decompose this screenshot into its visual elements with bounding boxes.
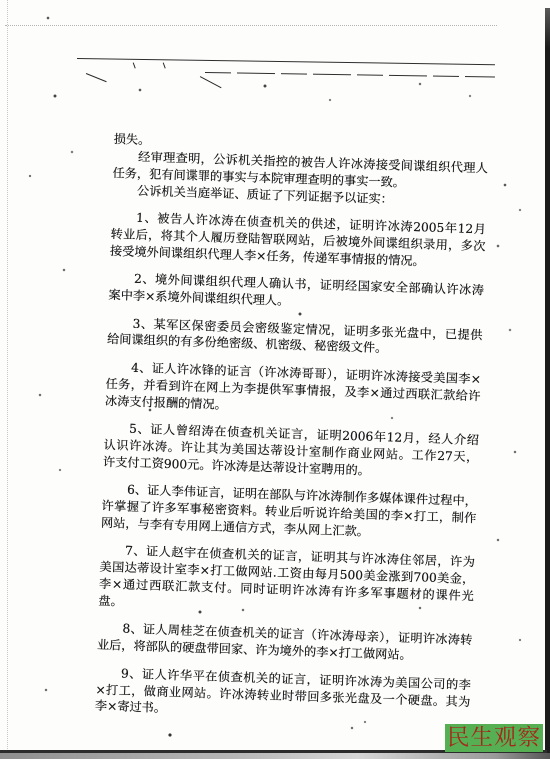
watermark-logo: 民生观察 (445, 724, 543, 752)
scanned-page: 损失。 经审理查明，公诉机关指控的被告人许冰涛接受间谍组织代理人 任务，犯有间谍… (0, 0, 550, 759)
scan-left-edge (7, 0, 8, 759)
evidence-item-8: 8、证人周桂芝在侦查机关的证言（许冰涛母亲），证明许冰涛转 业后，将部队的硬盘带… (97, 620, 473, 666)
evidence-item-6: 6、证人李伟证言，证明在部队与许冰涛制作多媒体课件过程中， 许掌握了许多军事秘密… (101, 481, 477, 544)
evidence-item-3: 3、某军区保密委员会密级鉴定情况，证明多张光盘中，已提供 给间谍组织的有多份绝密… (107, 314, 483, 360)
scan-bottom-band (0, 753, 550, 759)
evidence-item-7: 7、证人赵宇在侦查机关的证言，证明其与许冰涛住邻居，许为 美国达蒂设计室李×打工… (98, 542, 475, 622)
scan-artifact-dotted-line (5, 25, 497, 26)
evidence-item-1: 1、被告人许冰涛在侦查机关的供述，证明许冰涛2005年12月 转业后，将其个人履… (110, 209, 486, 272)
document-body: 损失。 经审理查明，公诉机关指控的被告人许冰涛接受间谍组织代理人 任务，犯有间谍… (95, 131, 489, 727)
scan-right-border (545, 8, 550, 759)
evidence-item-5: 5、证人曾绍涛在侦查机关证言，证明2006年12月，经人介绍 认识许冰涛。许让其… (103, 420, 479, 483)
evidence-item-2: 2、境外间谍组织代理人确认书，证明经国家安全部确认许冰涛 案中李×系境外间谍组织… (108, 270, 484, 316)
evidence-item-4: 4、证人许冰锋的证言（许冰涛哥哥），证明许冰涛接受美国李× 任务，并看到许在网上… (105, 359, 481, 422)
